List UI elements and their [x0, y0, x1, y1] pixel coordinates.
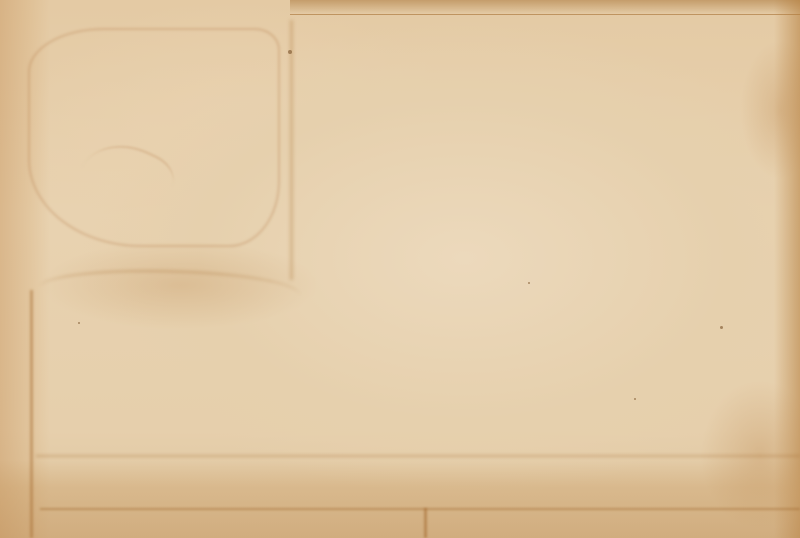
tide-line	[30, 290, 47, 538]
speck	[720, 326, 723, 329]
tide-line	[40, 508, 800, 520]
tide-line	[424, 508, 437, 538]
speck	[288, 50, 292, 54]
speck	[634, 398, 636, 400]
top-edge-stain	[290, 0, 800, 15]
speck	[528, 282, 530, 284]
tide-line	[290, 20, 333, 280]
speck	[78, 322, 80, 324]
aged-paper-texture	[0, 0, 800, 538]
tide-line	[36, 455, 800, 477]
